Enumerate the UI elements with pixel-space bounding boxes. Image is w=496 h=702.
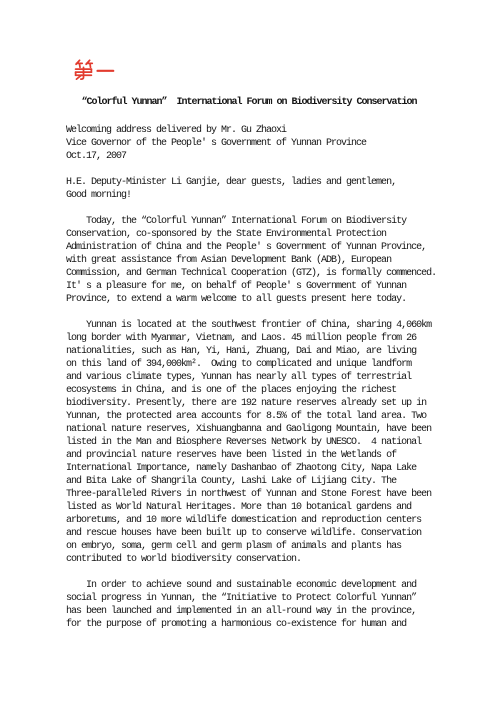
salutation-block: H.E. Deputy-Minister Li Ganjie, dear gue… — [66, 176, 432, 202]
paragraph-2: Yunnan is located at the southwest front… — [66, 319, 432, 566]
document-page: “Colorful Yunnan” International Forum on… — [0, 0, 496, 702]
text-line: has been launched and implemented in an … — [66, 605, 432, 618]
text-line: and rescue houses have been built up to … — [66, 527, 432, 540]
text-line: on this land of 394,000km². Owing to com… — [66, 358, 432, 371]
text-line: It' s a pleasure for me, on behalf of Pe… — [66, 280, 432, 293]
text-line: Province, to extend a warm welcome to al… — [66, 293, 432, 306]
document-body: “Colorful Yunnan” International Forum on… — [66, 96, 432, 631]
text-line: and provincial nature reserves have been… — [66, 449, 432, 462]
text-line: ecosystems in China, and is one of the p… — [66, 384, 432, 397]
text-line: Three-paralleled Rivers in northwest of … — [66, 488, 432, 501]
text-line: Welcoming address delivered by Mr. Gu Zh… — [66, 124, 432, 137]
text-line: contributed to world biodiversity conser… — [66, 553, 432, 566]
text-line: H.E. Deputy-Minister Li Ganjie, dear gue… — [66, 176, 432, 189]
text-line: listed as World Natural Heritages. More … — [66, 501, 432, 514]
text-line: Administration of China and the People' … — [66, 241, 432, 254]
text-line: long border with Myanmar, Vietnam, and L… — [66, 332, 432, 345]
text-line: Commission, and German Technical Coopera… — [66, 267, 432, 280]
text-line: for the purpose of promoting a harmoniou… — [66, 618, 432, 631]
text-line: Good morning! — [66, 189, 432, 202]
text-line: In order to achieve sound and sustainabl… — [66, 579, 432, 592]
chapter-marker-icon — [73, 59, 115, 80]
text-line: Vice Governor of the People' s Governmen… — [66, 137, 432, 150]
text-line: Yunnan is located at the southwest front… — [66, 319, 432, 332]
paragraph-3: In order to achieve sound and sustainabl… — [66, 579, 432, 631]
text-line: on embryo, soma, germ cell and germ plas… — [66, 540, 432, 553]
text-line: International Importance, namely Dashanb… — [66, 462, 432, 475]
paragraph-1: Today, the “Colorful Yunnan” Internation… — [66, 215, 432, 306]
text-line: listed in the Man and Biosphere Reverses… — [66, 436, 432, 449]
text-line: Conservation, co-sponsored by the State … — [66, 228, 432, 241]
text-line: arboretums, and 10 more wildlife domesti… — [66, 514, 432, 527]
text-line: social progress in Yunnan, the “Initiati… — [66, 592, 432, 605]
text-line: Yunnan, the protected area accounts for … — [66, 410, 432, 423]
text-line: Today, the “Colorful Yunnan” Internation… — [66, 215, 432, 228]
text-line: and various climate types, Yunnan has ne… — [66, 371, 432, 384]
text-line: national nature reserves, Xishuangbanna … — [66, 423, 432, 436]
text-line: nationalities, such as Han, Yi, Hani, Zh… — [66, 345, 432, 358]
speech-meta-block: Welcoming address delivered by Mr. Gu Zh… — [66, 124, 432, 163]
text-line: biodiversity. Presently, there are 192 n… — [66, 397, 432, 410]
document-title: “Colorful Yunnan” International Forum on… — [66, 96, 432, 109]
text-line: with great assistance from Asian Develop… — [66, 254, 432, 267]
text-line: Oct.17, 2007 — [66, 150, 432, 163]
text-line: and Bita Lake of Shangrila County, Lashi… — [66, 475, 432, 488]
